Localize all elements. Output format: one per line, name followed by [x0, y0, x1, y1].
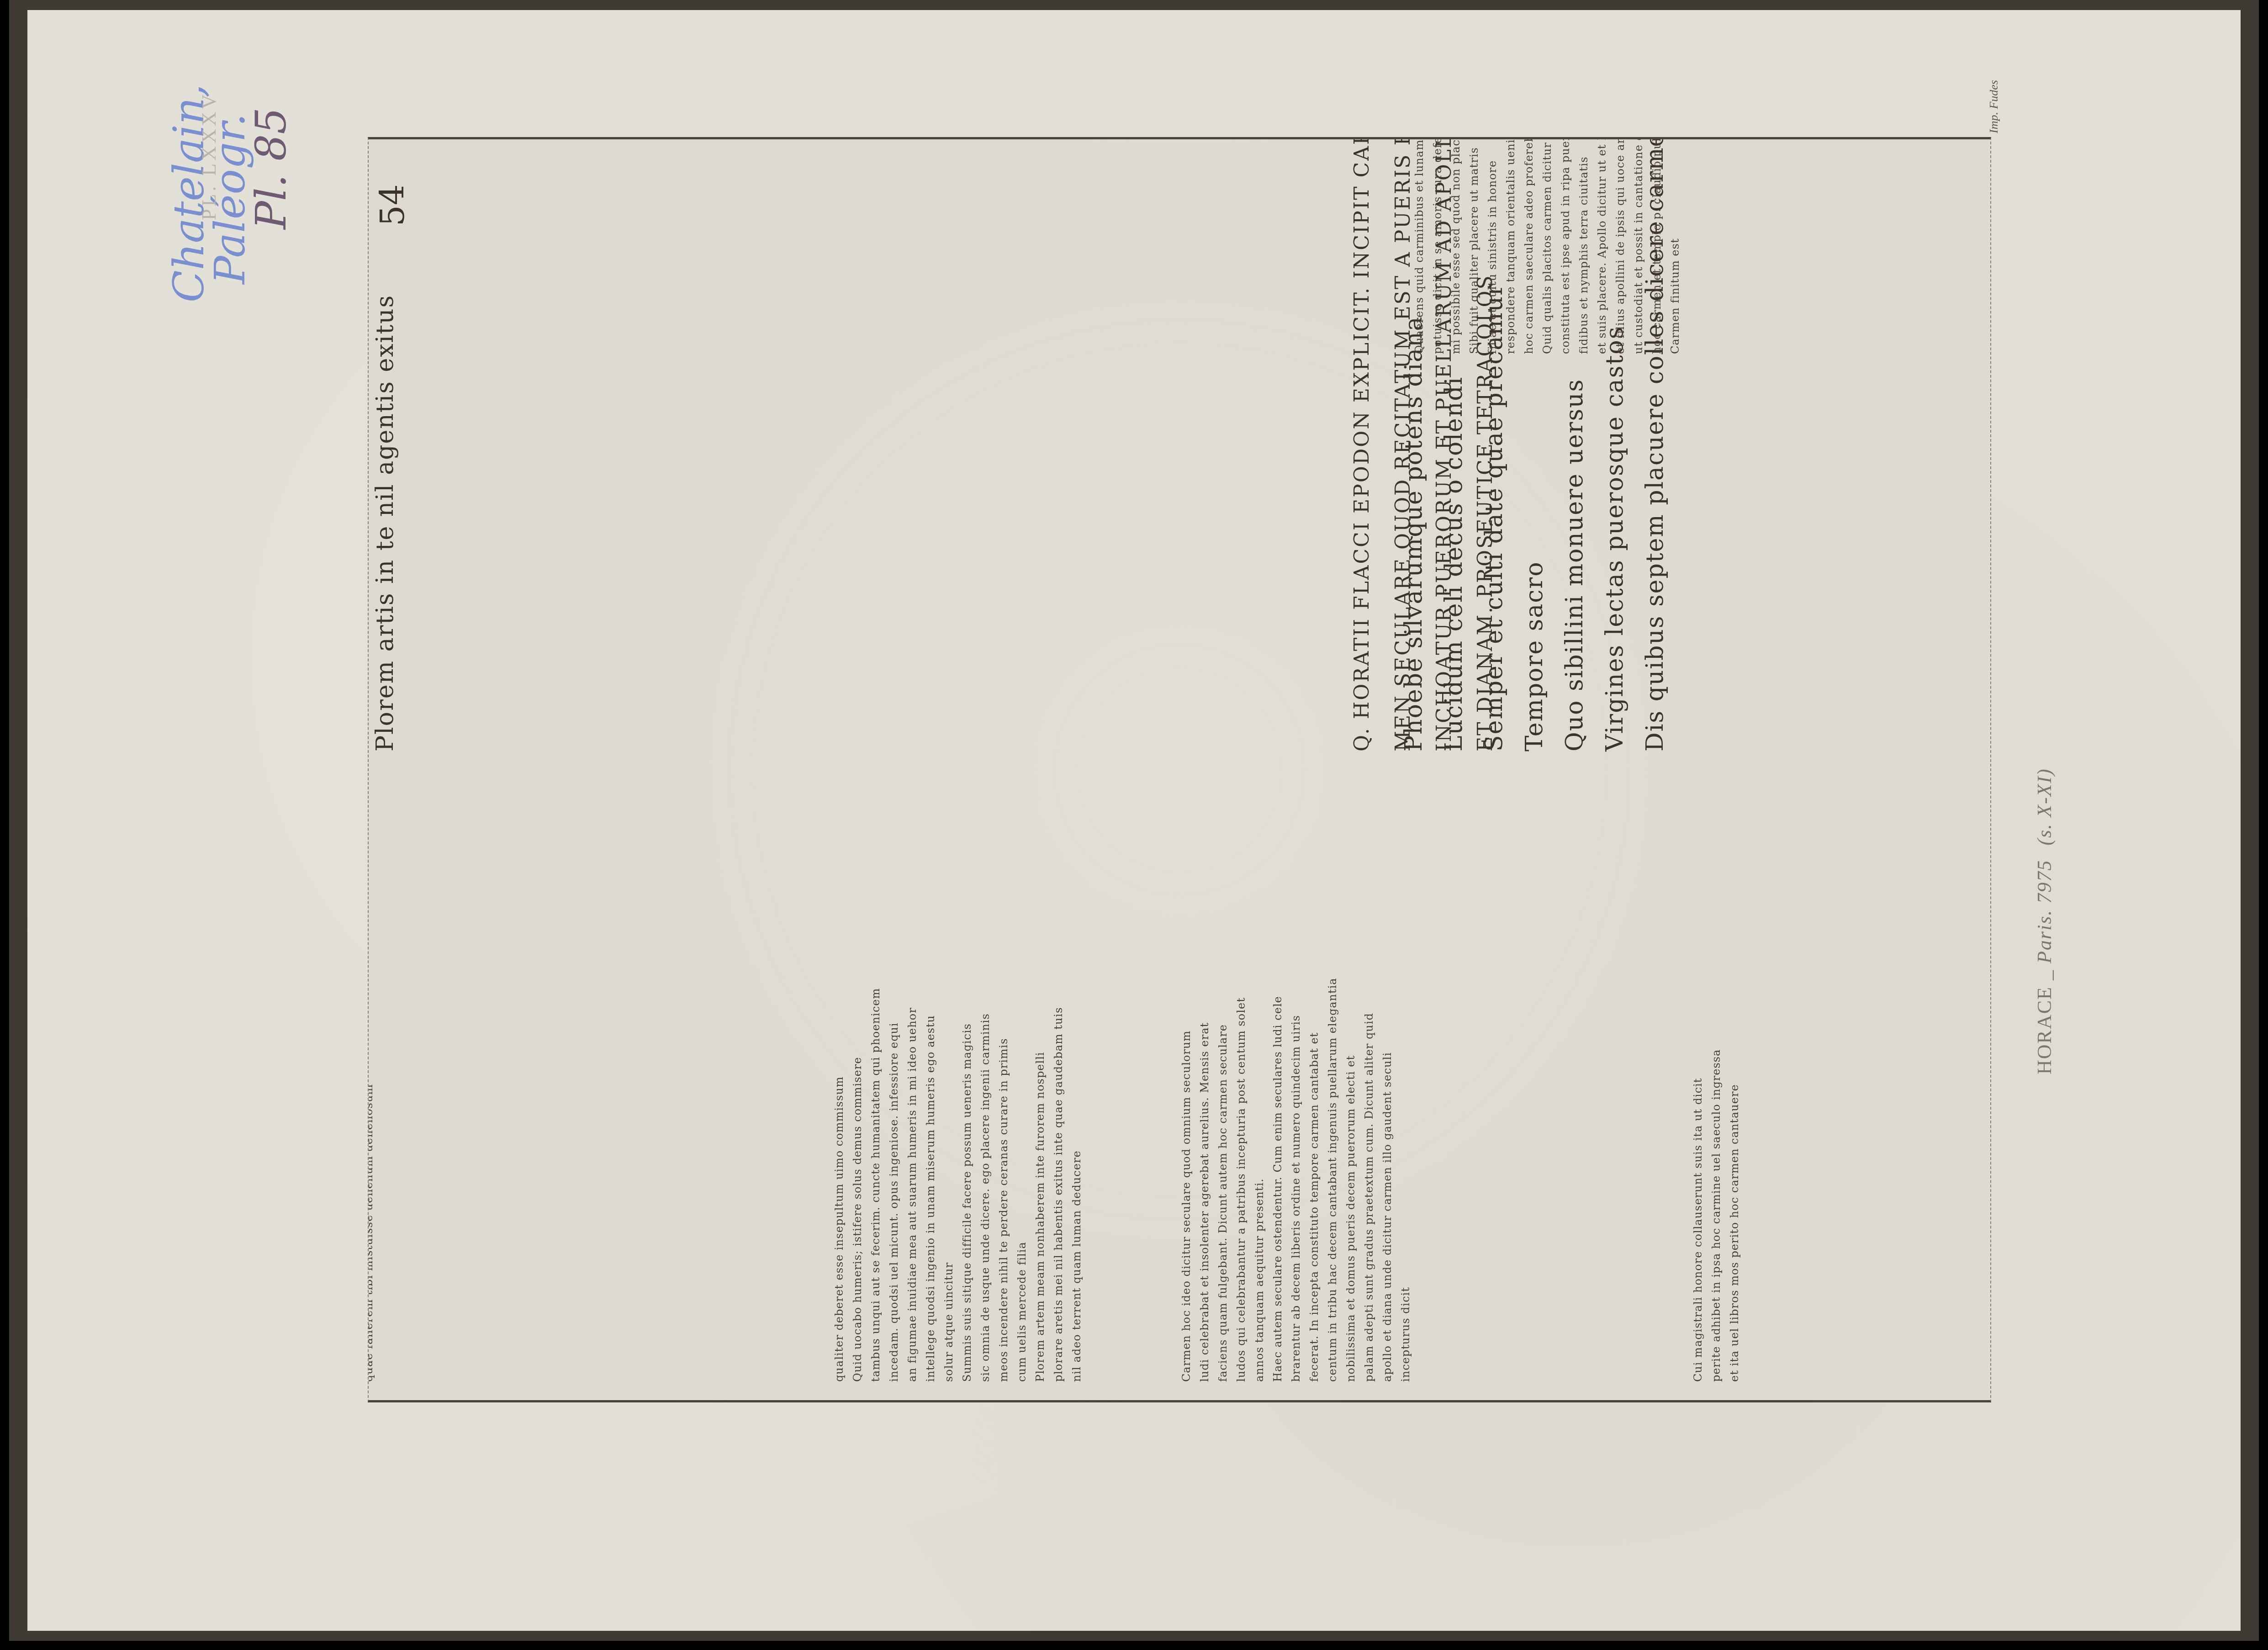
caption-library: Paris. 7975: [2033, 860, 2056, 963]
gloss-line: an figumae inuidiae mea aut suarum humer…: [903, 988, 921, 1382]
gloss-line: intellege quodsi ingenio in unam miserum…: [921, 988, 940, 1382]
gloss-line: cum uelis mercede filia: [1013, 988, 1031, 1382]
caption-title: HORACE _: [2033, 963, 2056, 1074]
mount-sheet: Chatelain, Paléogr. Pl. 85 PL. LXXXV 54 …: [27, 10, 2241, 1631]
gloss-line: quae fallerem tibi mistuisse uenenum uen…: [368, 1021, 378, 1382]
gloss-line: et suis placere. Apollo dicitur ut et Di…: [1593, 137, 1611, 354]
gloss-line: qualiter deberet esse insepultum uimo co…: [830, 988, 848, 1382]
gloss-line: hoc carmen et templo p. claudio pulchro: [1648, 137, 1666, 354]
printer-credit: Imp. Fudes: [1987, 80, 2001, 133]
gloss-line: ludos qui celebrabantur a patribus incep…: [1232, 978, 1250, 1382]
gloss-line: centum in tribu hac decem cantabant inge…: [1323, 978, 1342, 1382]
gloss-line: Plorem artem meam nonhaberem inte furore…: [1031, 988, 1049, 1382]
gloss-line: meos incendere nihil te perdere ceranas …: [994, 988, 1013, 1382]
gloss-line: Cui magistrali honore collauserunt suis …: [1689, 1049, 1707, 1382]
gloss-line: Summis suis sitique difficile facere pos…: [958, 988, 976, 1382]
printed-plate-number: PL. LXXXV: [197, 92, 221, 220]
gloss-line: sic omnia de usque unde dicere. ego plac…: [976, 988, 994, 1382]
gloss-line: Quaerens quid carminibus et lunam uel de…: [1410, 137, 1428, 354]
gloss-line: ut custodiat et possit in cantatione ess…: [1629, 137, 1648, 354]
gloss-line: fidibus et nymphis terra ciuitatis: [1575, 137, 1593, 354]
gloss-line: nobilissima et domus pueris decem pueror…: [1342, 978, 1360, 1382]
folio-number: 54: [373, 184, 412, 226]
gloss-line: et ita uel libros mos perito hoc carmen …: [1725, 1049, 1744, 1382]
gloss-line: Quid qualis placitos carmen dicitur: [1538, 137, 1556, 354]
gloss-line: brarentur ab decem liberis ordine et num…: [1287, 978, 1305, 1382]
plate-caption: HORACE _ Paris. 7975 (s. X-XI): [2033, 768, 2056, 1074]
gloss-line: mi possibile esse sed quod non placere: [1447, 137, 1465, 354]
gloss-line: ludi celebrabat et insolenter agerebat a…: [1195, 978, 1214, 1382]
manuscript-plate: 54 Quid obseratis auribus fundis preces …: [368, 137, 1991, 1402]
gloss-line: respondere tanquam orientalis uenimus: [1501, 137, 1520, 354]
gloss-line: fecerat. In incepta constituto tempore c…: [1305, 978, 1323, 1382]
gloss-line: constituta est ipse apud in ripa pueri i…: [1556, 137, 1575, 354]
gloss-line: Quid uocabo humeris; istifere solus demu…: [848, 988, 867, 1382]
gloss-line: hoc carmen saeculare adeo proferebatur: [1520, 137, 1538, 354]
rubric-line: Q. HORATII FLACCI EPODON EXPLICIT. INCIP…: [1342, 137, 1383, 751]
gloss-line: solur atque uincitur: [940, 988, 958, 1382]
gloss-line: et filius apollini de ipsis qui uoce arb…: [1611, 137, 1629, 354]
gloss-line: faciens quam fulgebant. Dicunt autem hoc…: [1214, 978, 1232, 1382]
gloss-line: filiae et cultu sinistris in honore: [1483, 137, 1501, 354]
caption-date: (s. X-XI): [2033, 768, 2056, 846]
gloss-line: nil adeo terrent quam luman deducere: [1068, 988, 1086, 1382]
gloss-line: apollo et diana unde dicitur carmen illo…: [1378, 978, 1396, 1382]
gloss-line: potuisse dicit in se amoris rura deferre: [1428, 137, 1447, 354]
gloss-line: Haec autem seculare ostendentur. Cum eni…: [1269, 978, 1287, 1382]
gloss-line: incepturus dicit: [1396, 978, 1415, 1382]
gloss-line: Sibi fuit qualiter placere ut matris: [1465, 137, 1483, 354]
gloss-line: incedam. quodsi uel micunt. opus ingenio…: [885, 988, 903, 1382]
gloss-line: plorare aretis mei nil habentis exitus i…: [1049, 988, 1068, 1382]
main-line: Plorem artis in te nil agentis exitus: [368, 227, 405, 751]
gloss-line: Carmen hoc ideo dicitur seculare quod om…: [1177, 978, 1195, 1382]
gloss-line: Carmen finitum est: [1666, 137, 1684, 354]
gloss-line: perite adhibet in ipsa hoc carmine uel s…: [1707, 1049, 1725, 1382]
gloss-line: annos tanquam aequitur presenti.: [1250, 978, 1269, 1382]
gloss-line: palam adepti sunt gradus praetextum cum.…: [1360, 978, 1378, 1382]
gloss-line: tambus unqui aut se fecerim. cuncte huma…: [867, 988, 885, 1382]
pencil-annotation-plate-ref: Pl. 85: [247, 107, 296, 229]
